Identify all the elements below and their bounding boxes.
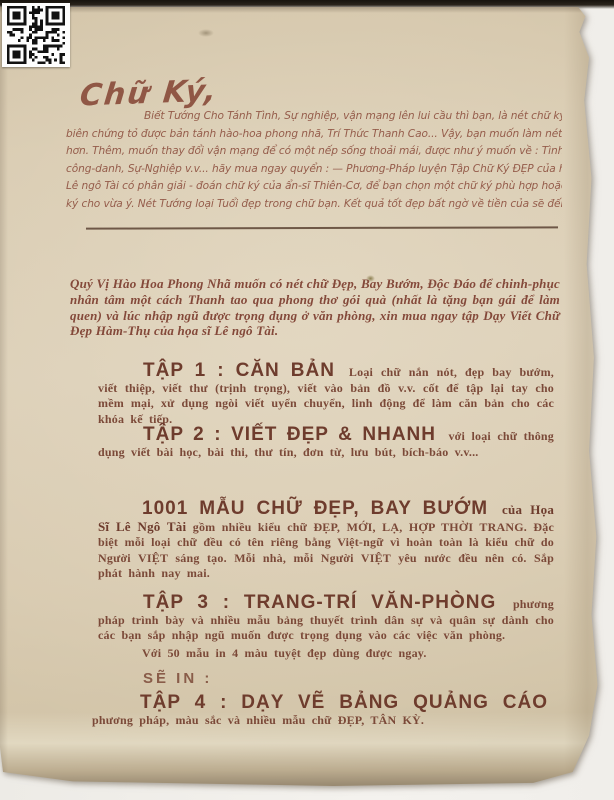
section-tap2-heading: TẬP 2 : VIẾT ĐẸP & NHANH bbox=[143, 424, 436, 445]
section-tap4-heading: TẬP 4 : DẠY VẼ BẢNG QUẢNG CÁO bbox=[140, 692, 548, 713]
section-tap3-paragraph: TẬP 3 : TRANG-TRÍ VĂN-PHÒNG phương pháp … bbox=[98, 595, 554, 644]
section-tap4: TẬP 4 : DẠY VẼ BẢNG QUẢNG CÁO phương phá… bbox=[92, 695, 554, 728]
stain-mark bbox=[198, 29, 214, 37]
section-tap2: TẬP 2 : VIẾT ĐẸP & NHANH với loại chữ th… bbox=[98, 427, 554, 460]
handwritten-line: hơn. Thêm, muốn thay đổi vận mạng để có … bbox=[66, 143, 562, 161]
section-tap3-heading: TẬP 3 : TRANG-TRÍ VĂN-PHÒNG bbox=[143, 592, 496, 613]
handwritten-line: Lê ngô Tài có phân giải - đoán chữ ký củ… bbox=[66, 178, 562, 196]
section-tap3-note: Với 50 mẫu in 4 màu tuyệt đẹp dùng được … bbox=[98, 646, 554, 662]
handwritten-line: ký cho vừa ý. Nét Tướng loại Tuổi đẹp tr… bbox=[66, 196, 562, 214]
handwritten-line: biên chứng tỏ được bản tánh hào-hoa phon… bbox=[66, 126, 562, 144]
se-in-label: SẼ IN : bbox=[143, 670, 212, 687]
intro-paragraph: Quý Vị Hào Hoa Phong Nhã muốn có nét chữ… bbox=[70, 276, 560, 339]
section-tap1: TẬP 1 : CĂN BẢN Loại chữ nắn nót, đẹp ba… bbox=[98, 363, 554, 427]
section-tap3: TẬP 3 : TRANG-TRÍ VĂN-PHÒNG phương pháp … bbox=[98, 595, 554, 661]
handwritten-line: công-danh, Sự-Nghiệp v.v... hãy mua ngay… bbox=[66, 161, 562, 179]
section-1001-mau: 1001 MẪU CHỮ ĐẸP, BAY BƯỚM của Họa Sĩ Lê… bbox=[98, 501, 554, 582]
section-1001-heading: 1001 MẪU CHỮ ĐẸP, BAY BƯỚM bbox=[142, 498, 488, 519]
divider-rule bbox=[86, 226, 558, 229]
handwritten-line: Biết Tướng Cho Tánh Tình, Sự nghiệp, vận… bbox=[66, 108, 562, 126]
paper-shadow-wrap: Chữ Ký, Biết Tướng Cho Tánh Tình, Sự ngh… bbox=[0, 7, 606, 786]
section-tap4-body: phương pháp, màu sắc và nhiều mẫu chữ ĐẸ… bbox=[92, 713, 424, 727]
scanned-page: Chữ Ký, Biết Tướng Cho Tánh Tình, Sự ngh… bbox=[0, 0, 614, 800]
handwritten-paragraph: Biết Tướng Cho Tánh Tình, Sự nghiệp, vận… bbox=[66, 108, 562, 214]
paper: Chữ Ký, Biết Tướng Cho Tánh Tình, Sự ngh… bbox=[0, 7, 606, 786]
qr-code bbox=[2, 3, 70, 67]
section-tap1-heading: TẬP 1 : CĂN BẢN bbox=[143, 360, 335, 381]
